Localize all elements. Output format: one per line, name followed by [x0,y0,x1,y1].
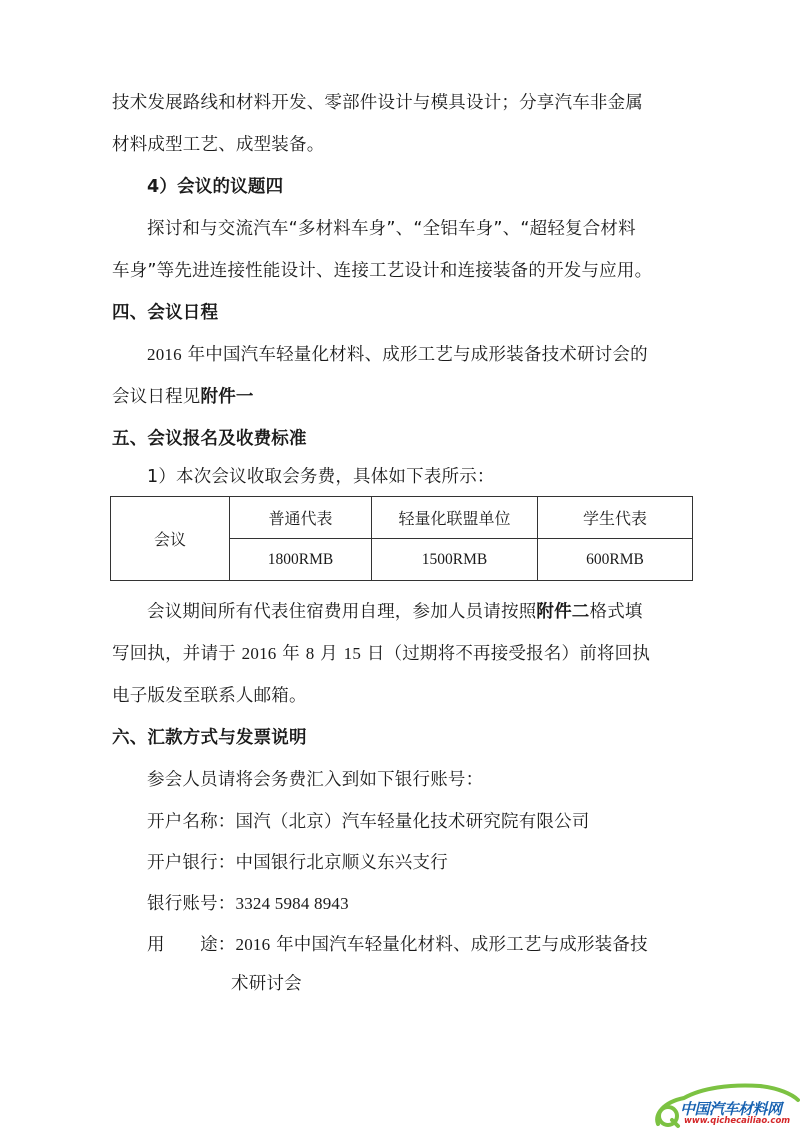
fee-table: 会议 普通代表 轻量化联盟单位 学生代表 1800RMB 1500RMB 600… [110,496,693,581]
watermark-logo: 中国汽车材料网 www.qichecailiao.com [650,1080,800,1130]
account-number-label: 银行账号： [147,892,236,916]
bank-row: 开户银行：中国银行北京顺义东兴支行 [147,851,448,875]
intro-paragraph-line-2: 材料成型工艺、成型装备。 [112,133,324,157]
text-span: 日（过期将不再接受报名）前将回执 [361,644,650,664]
section-5-item-1: 1）本次会议收取会务费，具体如下表所示： [147,465,495,489]
fee-table-header-row: 会议 普通代表 轻量化联盟单位 学生代表 [111,497,693,539]
fee-table-header: 普通代表 [230,497,372,539]
account-number-value: 3324 5984 8943 [236,894,349,913]
bank-label: 开户银行： [147,851,236,875]
account-name-row: 开户名称：国汽（北京）汽车轻量化技术研究院有限公司 [147,810,590,834]
purpose-year: 2016 [236,935,271,954]
account-number-row: 银行账号：3324 5984 8943 [147,892,349,916]
topic-4-line-2: 车身”等先进连接性能设计、连接工艺设计和连接装备的开发与应用。 [112,259,652,283]
topic-4-line-1: 探讨和与交流汽车“多材料车身”、“全铝车身”、“超轻复合材料 [147,217,636,241]
bank-value: 中国银行北京顺义东兴支行 [236,853,448,873]
section-4-heading: 四、会议日程 [112,301,218,325]
section-4-line-2: 会议日程见附件一 [112,385,254,409]
purpose-label: 用 途： [147,933,236,957]
topic-4-heading: 4）会议的议题四 [147,175,283,199]
section-5-para-line-3: 电子版发至联系人邮箱。 [112,684,307,708]
fee-table-row-label: 会议 [111,497,230,581]
year-number: 2016 [147,345,182,364]
text-span: 月 [314,644,343,664]
fee-table-price: 1500RMB [372,539,538,581]
purpose-row: 用 途：2016 年中国汽车轻量化材料、成形工艺与成形装备技 [147,933,648,957]
fee-table-header: 轻量化联盟单位 [372,497,538,539]
attachment-1-reference: 附件一 [201,387,254,407]
fee-table-price: 1800RMB [230,539,372,581]
section-5-para-line-1: 会议期间所有代表住宿费用自理，参加人员请按照附件二格式填 [147,600,643,624]
account-name-value: 国汽（北京）汽车轻量化技术研究院有限公司 [236,812,590,832]
fee-table-price: 600RMB [538,539,693,581]
document-page: 技术发展路线和材料开发、零部件设计与模具设计；分享汽车非金属 材料成型工艺、成型… [0,0,800,1131]
section-4-line-2-text: 会议日程见 [112,387,201,407]
watermark-url: www.qichecailiao.com [684,1116,790,1126]
fee-table-header: 学生代表 [538,497,693,539]
purpose-value-line-1: 年中国汽车轻量化材料、成形工艺与成形装备技 [270,935,647,955]
intro-paragraph-line-1: 技术发展路线和材料开发、零部件设计与模具设计；分享汽车非金属 [112,91,643,115]
section-6-heading: 六、汇款方式与发票说明 [112,726,307,750]
deadline-day: 15 [344,644,361,663]
section-5-para-line-2: 写回执，并请于 2016 年 8 月 15 日（过期将不再接受报名）前将回执 [112,642,650,666]
section-4-line-1: 2016 年中国汽车轻量化材料、成形工艺与成形装备技术研讨会的 [147,343,648,367]
text-span: 年 [276,644,305,664]
text-span: 格式填 [590,602,643,622]
text-span: 会议期间所有代表住宿费用自理，参加人员请按照 [147,602,536,622]
deadline-year: 2016 [242,644,277,663]
purpose-value-line-2: 术研讨会 [231,972,302,996]
account-name-label: 开户名称： [147,810,236,834]
section-4-line-1-text: 年中国汽车轻量化材料、成形工艺与成形装备技术研讨会的 [182,345,648,365]
section-6-intro: 参会人员请将会务费汇入到如下银行账号： [147,768,483,792]
attachment-2-reference: 附件二 [536,602,589,622]
text-span: 写回执，并请于 [112,644,242,664]
section-5-heading: 五、会议报名及收费标准 [112,427,307,451]
